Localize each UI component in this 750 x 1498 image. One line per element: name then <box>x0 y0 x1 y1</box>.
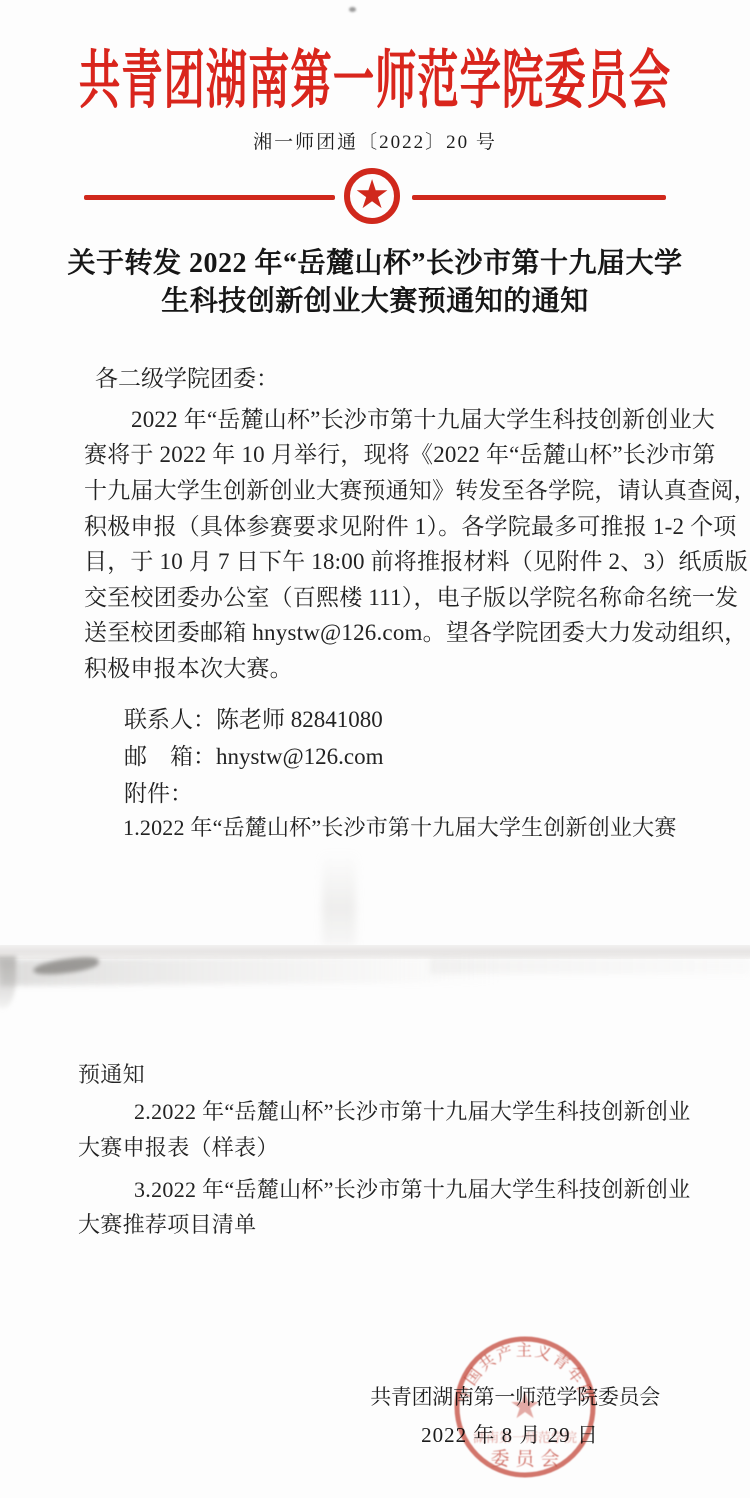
doc-title-line1: 关于转发 2022 年“岳麓山杯”长沙市第十九届大学 <box>0 241 750 281</box>
salutation: 各二级学院团委： <box>95 360 279 393</box>
attachment-item-2: 2.2022 年“岳麓山杯”长沙市第十九届大学生科技创新创业 <box>134 1095 691 1126</box>
contact-person: 联系人：陈老师 82841080 <box>124 701 383 734</box>
body-line: 十九届大学生创新创业大赛预通知》转发至各学院，请认真查阅， <box>84 472 668 508</box>
body-line: 赛将于 2022 年 10 月举行，现将《2022 年“岳麓山杯”长沙市第 <box>84 436 668 472</box>
seal-star-icon: ★ <box>509 1386 541 1426</box>
document-number: 湘一师团通〔2022〕20 号 <box>0 127 750 154</box>
attachment-1-continued: 预通知 <box>78 1058 145 1089</box>
body-line: 积极申报（具体参赛要求见附件 1）。各学院最多可推报 1-2 个项 <box>84 508 668 544</box>
seal-name-line: 湖南第一师范学院 <box>473 1430 577 1445</box>
attachment-item-1: 1.2022 年“岳麓山杯”长沙市第十九届大学生创新创业大赛 <box>123 811 677 842</box>
official-seal: 中国共产主义青年团 ★ 湖南第一师范学院 委员会 <box>452 1334 598 1480</box>
attachments-label: 附件： <box>124 775 193 808</box>
attachment-item-2-cont: 大赛申报表（样表） <box>78 1131 279 1162</box>
star-emblem: ★ <box>344 168 400 224</box>
letterhead-title: 共青团湖南第一师范学院委员会 <box>38 30 713 121</box>
body-line: 目，于 10 月 7 日下午 18:00 前将推报材料（见附件 2、3）纸质版 <box>84 543 668 579</box>
scan-smudge <box>430 958 750 974</box>
attachment-item-3: 3.2022 年“岳麓山杯”长沙市第十九届大学生科技创新创业 <box>134 1173 691 1204</box>
body-line: 送至校团委邮箱 hnystw@126.com。望各学院团委大力发动组织， <box>84 614 668 650</box>
scanned-document: 共青团湖南第一师范学院委员会 湘一师团通〔2022〕20 号 ★ 关于转发 20… <box>0 0 750 1498</box>
star-icon: ★ <box>354 175 390 215</box>
body-line: 交至校团委办公室（百熙楼 111），电子版以学院名称命名统一发 <box>84 579 668 615</box>
seal-sub-line: 委员会 <box>490 1448 565 1470</box>
body-line: 2022 年“岳麓山杯”长沙市第十九届大学生科技创新创业大 <box>84 401 715 437</box>
divider-line-right <box>412 195 666 200</box>
scan-speck <box>349 7 356 12</box>
divider-line-left <box>84 195 335 200</box>
contact-email: 邮 箱：hnystw@126.com <box>124 738 383 771</box>
scan-streak <box>322 852 356 946</box>
attachment-item-3-cont: 大赛推荐项目清单 <box>78 1208 256 1239</box>
scan-smudge-left <box>0 956 16 1008</box>
body-line: 积极申报本次大赛。 <box>84 650 668 686</box>
doc-title-line2: 生科技创新创业大赛预通知的通知 <box>0 279 750 319</box>
